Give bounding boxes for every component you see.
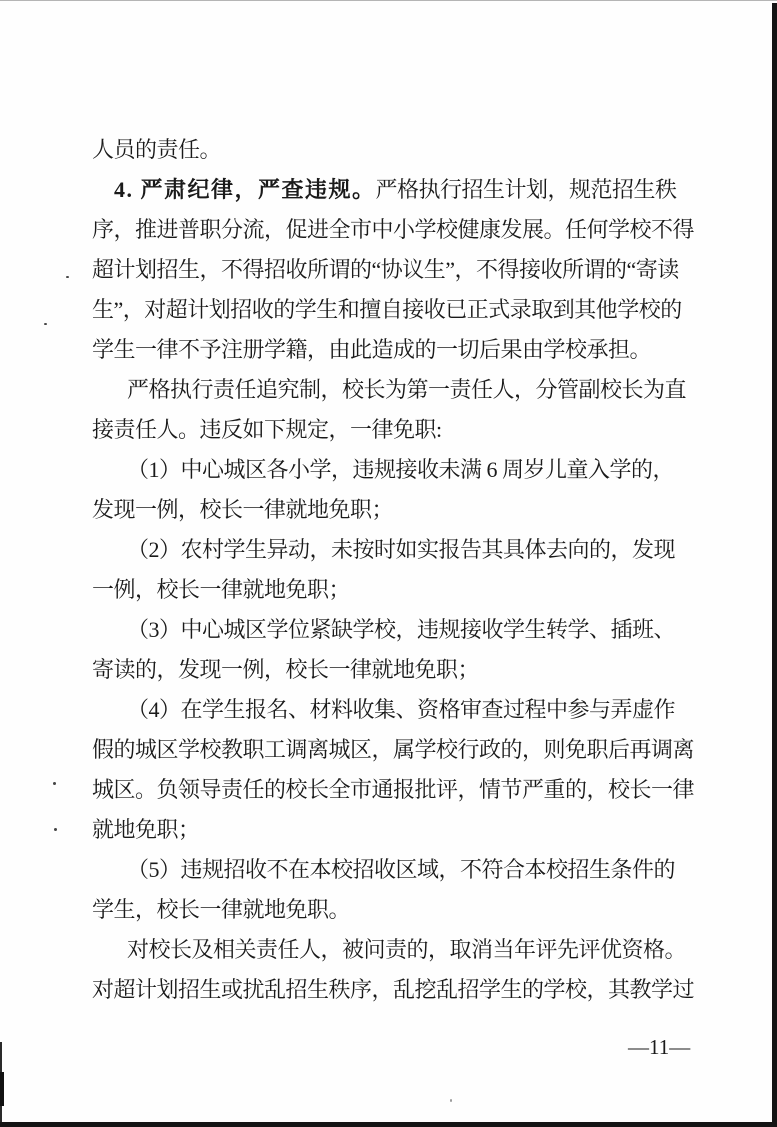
text-line: 超计划招生，不得招收所谓的“协议生”，不得接收所谓的“寄读 — [92, 250, 732, 290]
text-line: 寄读的，发现一例，校长一律就地免职； — [92, 650, 732, 690]
scan-speck — [450, 1099, 452, 1102]
text-line: （2）农村学生异动，未按时如实报告其具体去向的，发现 — [92, 530, 732, 570]
text-line: （1）中心城区各小学，违规接收未满 6 周岁儿童入学的， — [92, 450, 732, 490]
scan-edge-top — [0, 0, 777, 1]
text-line: 生”，对超计划招收的学生和擅自接收已正式录取到其他学校的 — [92, 290, 732, 330]
text-line: （4）在学生报名、材料收集、资格审查过程中参与弄虚作 — [92, 690, 732, 730]
text-line: 学生一律不予注册学籍，由此造成的一切后果由学校承担。 — [92, 330, 732, 370]
text-line: 一例，校长一律就地免职； — [92, 570, 732, 610]
scan-speck — [66, 276, 69, 278]
text-line: 假的城区学校教职工调离城区，属学校行政的，则免职后再调离 — [92, 730, 732, 770]
text-line: 发现一例，校长一律就地免职； — [92, 490, 732, 530]
text-line: 就地免职； — [92, 810, 732, 850]
text-line: 严格执行责任追究制，校长为第一责任人，分管副校长为直 — [92, 370, 732, 410]
scan-speck — [54, 828, 57, 831]
scan-speck — [44, 323, 47, 325]
document-text-block: 人员的责任。 4. 严肃纪律，严查违规。严格执行招生计划，规范招生秩 序，推进普… — [92, 130, 732, 1010]
text-run: 严格执行招生计划，规范招生秩 — [376, 177, 677, 202]
text-line: 序，推进普职分流，促进全市中小学校健康发展。任何学校不得 — [92, 210, 732, 250]
section-heading-bold: 4. 严肃纪律，严查违规。 — [114, 177, 376, 202]
page-number: —11— — [628, 1034, 690, 1060]
text-line: 学生，校长一律就地免职。 — [92, 890, 732, 930]
text-line: （3）中心城区学位紧缺学校，违规接收学生转学、插班、 — [92, 610, 732, 650]
scan-edge-bottom — [0, 1122, 777, 1127]
scan-edge-right — [772, 3, 777, 1127]
scanned-document-page: 人员的责任。 4. 严肃纪律，严查违规。严格执行招生计划，规范招生秩 序，推进普… — [0, 0, 777, 1127]
text-line: 接责任人。违反如下规定，一律免职: — [92, 410, 732, 450]
scan-edge-left-blob — [0, 1072, 4, 1106]
text-line: 人员的责任。 — [92, 130, 732, 170]
text-line: （5）违规招收不在本校招收区域，不符合本校招生条件的 — [92, 850, 732, 890]
text-line: 对超计划招生或扰乱招生秩序，乱挖乱招学生的学校，其教学过 — [92, 970, 732, 1010]
text-line: 对校长及相关责任人，被问责的，取消当年评先评优资格。 — [92, 930, 732, 970]
text-line: 城区。负领导责任的校长全市通报批评，情节严重的，校长一律 — [92, 770, 732, 810]
scan-speck — [53, 782, 56, 785]
text-line: 4. 严肃纪律，严查违规。严格执行招生计划，规范招生秩 — [92, 170, 732, 210]
